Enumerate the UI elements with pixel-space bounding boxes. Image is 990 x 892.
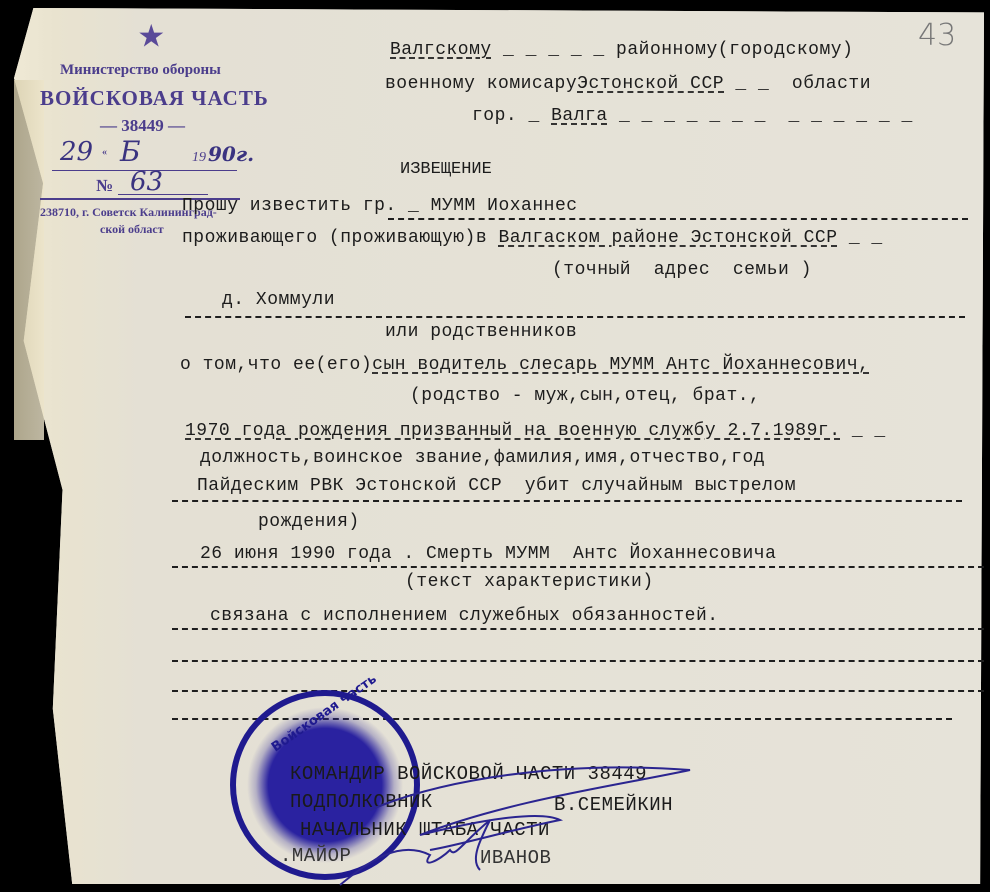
village-dashes (185, 316, 965, 318)
stamp-date-day: 29 (60, 137, 93, 167)
residing-line: проживающего (проживающую)в Валгаском ра… (182, 228, 883, 248)
stamp-date-year-prefix: 19 (192, 150, 206, 166)
stamp-number-line (118, 194, 208, 195)
stamp-ministry: Министерство обороны (60, 62, 221, 79)
district-field: Валгскому (390, 40, 492, 60)
or-relatives: или родственников (385, 322, 577, 342)
republic-field: Эстонской ССР (577, 74, 724, 94)
rvk-line: Пайдеским РВК Эстонской ССР убит случайн… (197, 476, 796, 496)
about-line: о том,что ее(его)сын водитель слесарь МУ… (180, 355, 869, 375)
document-title: ИЗВЕЩЕНИЕ (400, 160, 492, 180)
paper-edge (14, 80, 44, 440)
stamp-date-month: Б (120, 135, 141, 168)
signature-chief (330, 800, 530, 892)
star-icon: ★ (138, 14, 165, 58)
about-value: сын водитель слесарь МУММ Антс Йоханнесо… (372, 355, 869, 375)
position-hint: должность,воинское звание,фамилия,имя,от… (200, 448, 765, 468)
text-hint: (текст характеристики) (405, 572, 654, 592)
city-field: Валга (551, 106, 608, 126)
death-dashes (172, 566, 984, 568)
duty-line: связана с исполнением служебных обязанно… (210, 606, 719, 626)
rvk-dashes (172, 500, 962, 502)
addressee-line-3: гор. _ Валга _ _ _ _ _ _ _ _ _ _ _ _ _ (472, 106, 913, 126)
blank-line-1 (172, 660, 984, 662)
stamp-unit: ВОЙСКОВАЯ ЧАСТЬ (40, 86, 269, 111)
stamp-date-sep: « (102, 147, 107, 158)
birth-line: 1970 года рождения призванный на военную… (185, 421, 886, 441)
residing-value: Валгаском районе Эстонской ССР (498, 228, 837, 248)
death-line: 26 июня 1990 года . Смерть МУММ Антс Йох… (200, 544, 776, 564)
addressee-line-2: военному комисаруЭстонской ССР _ _ облас… (385, 74, 871, 94)
addressee-line-1: Валгскому _ _ _ _ _ районному(городскому… (390, 40, 853, 60)
recipient-name: МУММ Иоханнес (431, 196, 578, 216)
archive-number: 43 (918, 18, 956, 53)
stamp-number-label: № (96, 176, 113, 196)
relation-hint: (родство - муж,сын,отец, брат., (410, 386, 760, 406)
request-line: Прошу известить гр. _ МУММ Иоханнес (182, 196, 578, 216)
stamp-unit-number: — 38449 — (100, 116, 185, 136)
stamp-address-2: ской област (100, 222, 164, 237)
stamp-date-year: 90г. (208, 142, 254, 166)
address-hint: (точный адрес семьи ) (552, 260, 812, 280)
stamp-number-value: 63 (130, 167, 163, 197)
recipient-dashes (388, 218, 968, 220)
village: д. Хоммули (222, 290, 335, 310)
blank-line-2 (172, 690, 984, 692)
duty-dashes (172, 628, 984, 630)
birth-hint: рождения) (258, 512, 360, 532)
